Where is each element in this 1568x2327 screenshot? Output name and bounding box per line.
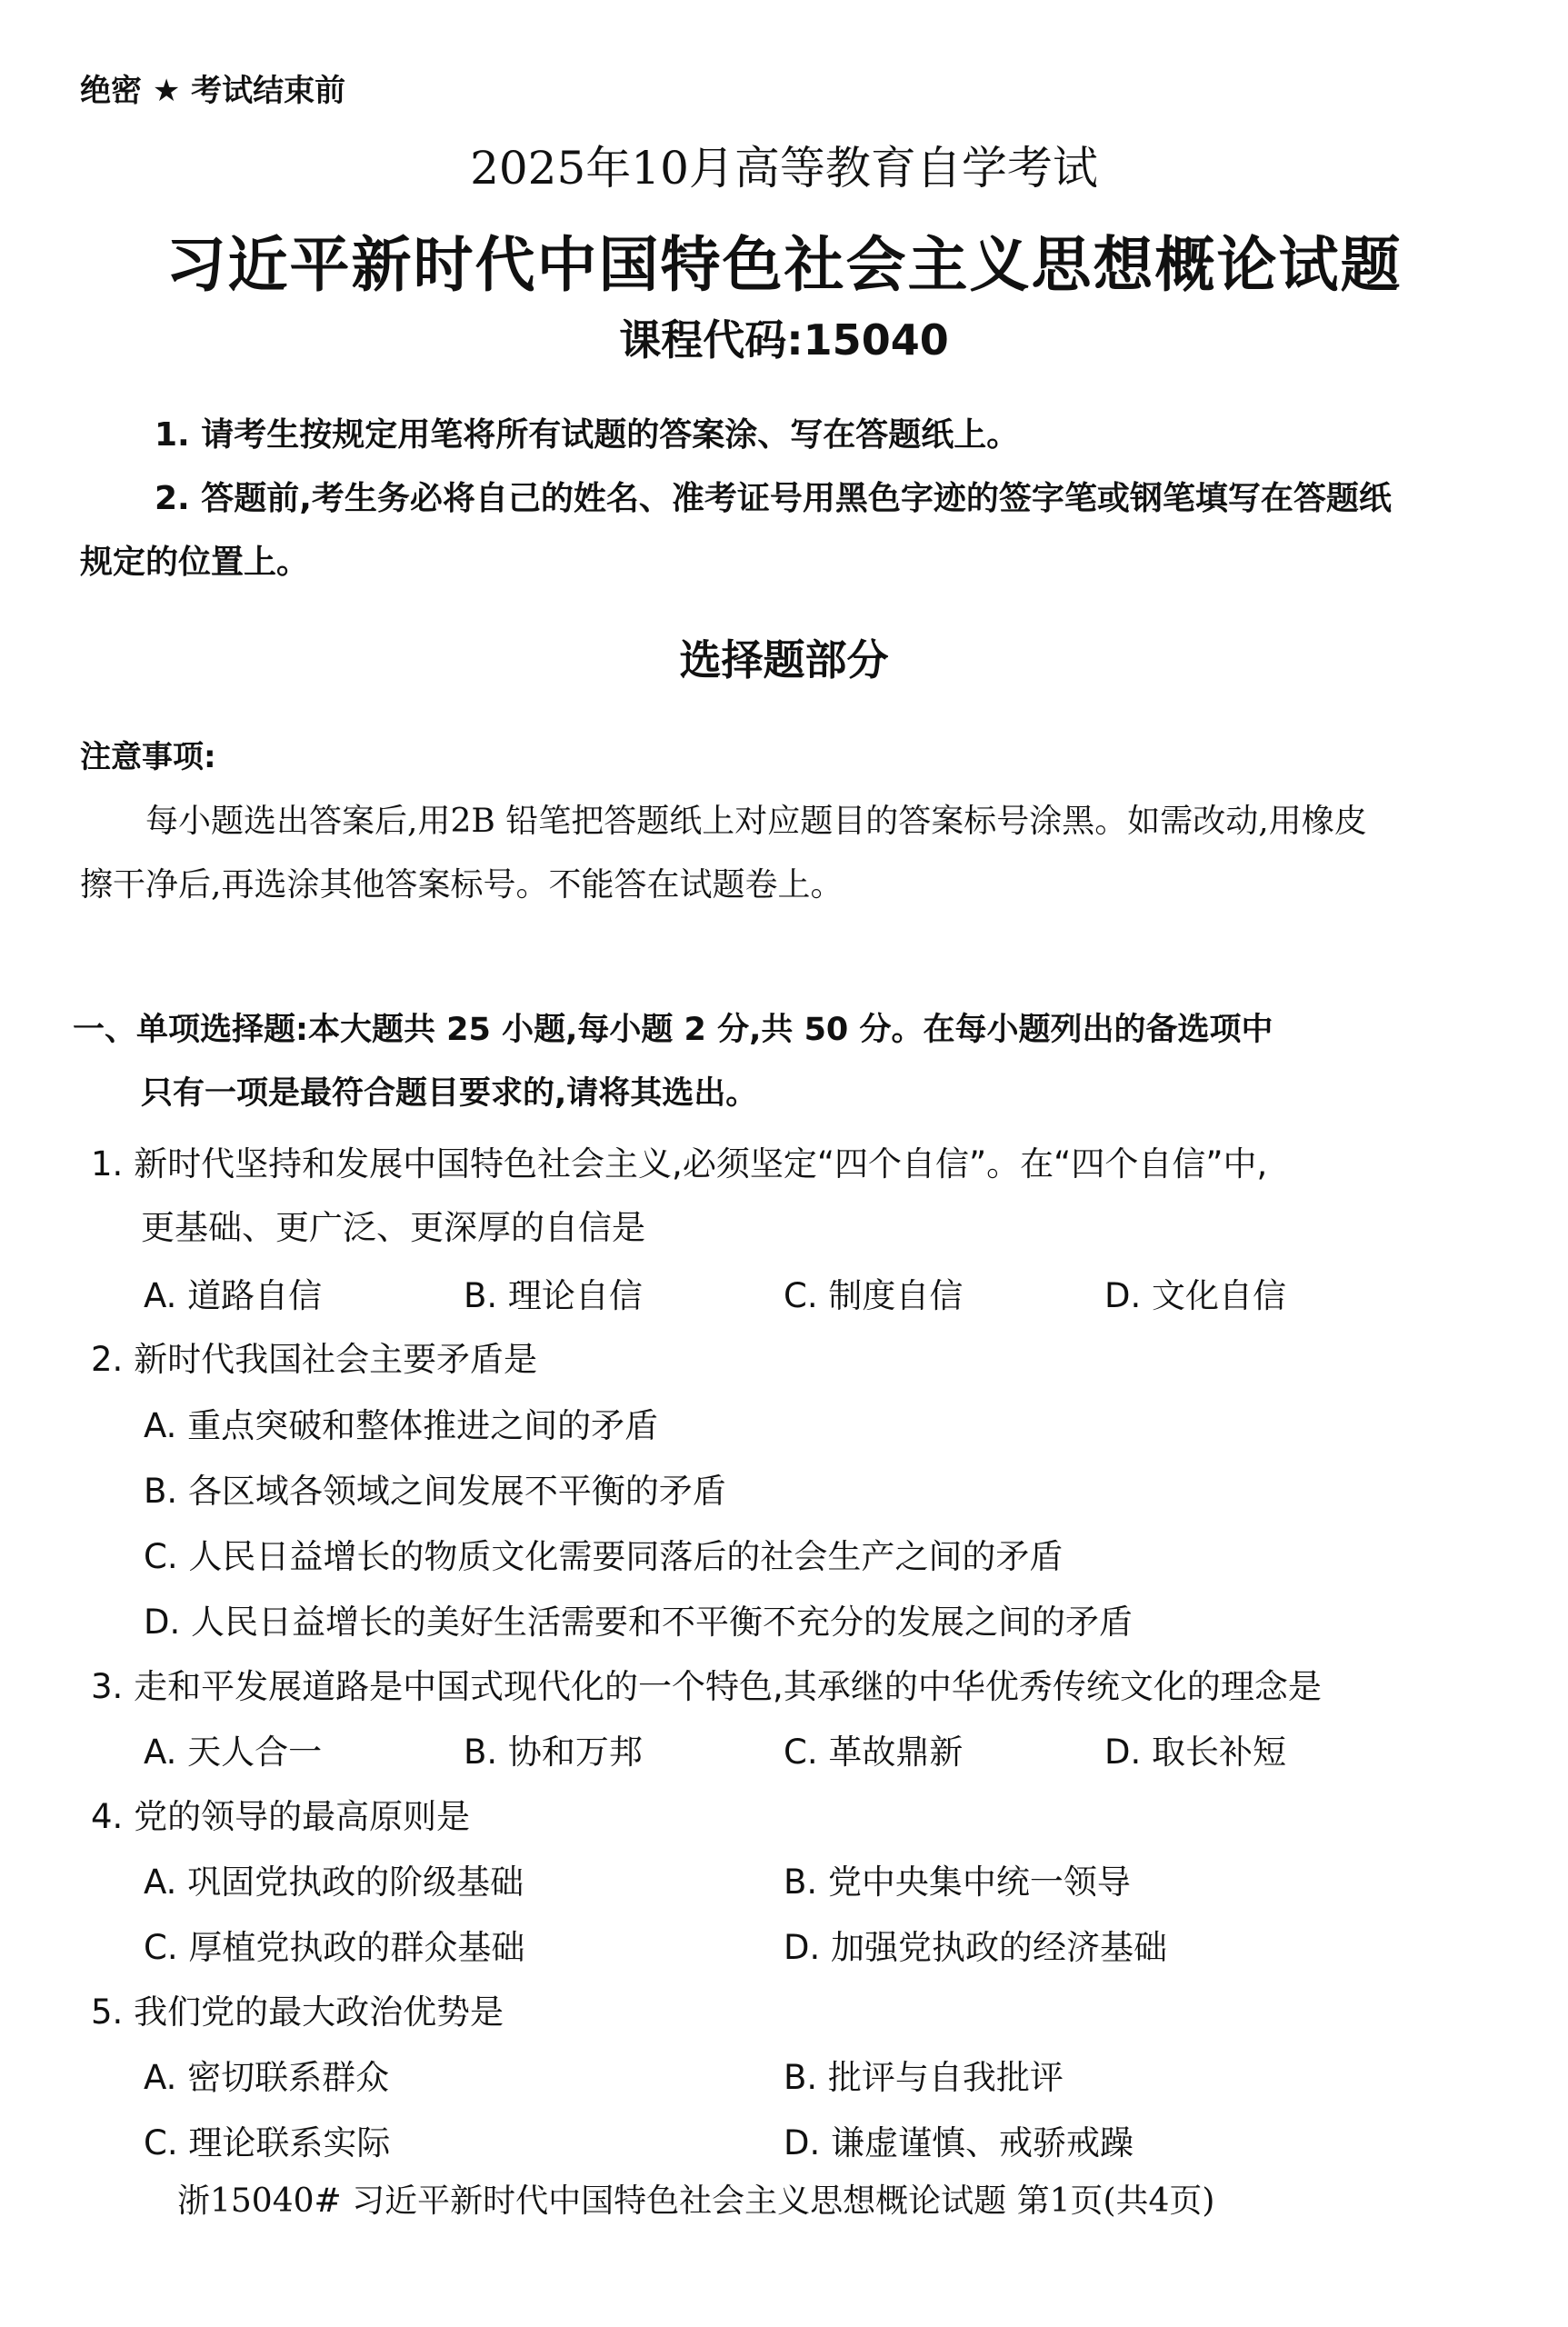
question-stem: 2. 新时代我国社会主要矛盾是 (91, 1332, 537, 1381)
option-b: B. 批评与自我批评 (784, 2050, 1064, 2099)
option-a: A. 重点突破和整体推进之间的矛盾 (144, 1398, 658, 1447)
option-b: B. 各区域各领域之间发展不平衡的矛盾 (144, 1463, 726, 1513)
question-stem: 1. 新时代坚持和发展中国特色社会主义,必须坚定“四个自信”。在“四个自信”中, (91, 1136, 1267, 1185)
question-stem: 3. 走和平发展道路是中国式现代化的一个特色,其承继的中华优秀传统文化的理念是 (91, 1659, 1322, 1708)
option-b: B. 党中央集中统一领导 (784, 1854, 1131, 1903)
instruction-2-cont: 规定的位置上。 (80, 536, 309, 583)
option-c: C. 人民日益增长的物质文化需要同落后的社会生产之间的矛盾 (144, 1529, 1063, 1578)
notes-label: 注意事项: (80, 732, 216, 776)
option-a: A. 天人合一 (144, 1724, 322, 1773)
option-b: B. 理论自信 (464, 1268, 643, 1317)
instruction-1: 1. 请考生按规定用笔将所有试题的答案涂、写在答题纸上。 (155, 409, 1019, 455)
option-d: D. 人民日益增长的美好生活需要和不平衡不充分的发展之间的矛盾 (144, 1594, 1133, 1643)
exam-title: 2025年10月高等教育自学考试 (0, 132, 1568, 197)
instruction-2: 2. 答题前,考生务必将自己的姓名、准考证号用黑色字迹的签字笔或钢笔填写在答题纸 (155, 473, 1392, 519)
course-code: 课程代码:15040 (0, 307, 1568, 367)
option-b: B. 协和万邦 (464, 1724, 643, 1773)
option-a: A. 道路自信 (144, 1268, 322, 1317)
option-d: D. 取长补短 (1104, 1724, 1286, 1773)
question-stem: 4. 党的领导的最高原则是 (91, 1789, 470, 1838)
page-footer: 浙15040# 习近平新时代中国特色社会主义思想概论试题 第1页(共4页) (177, 2175, 1214, 2222)
option-c: C. 制度自信 (784, 1268, 963, 1317)
option-d: D. 加强党执政的经济基础 (784, 1920, 1167, 1969)
option-d: D. 谦虚谨慎、戒骄戒躁 (784, 2115, 1134, 2164)
question-stem: 5. 我们党的最大政治优势是 (91, 1984, 504, 2033)
option-c: C. 厚植党执政的群众基础 (144, 1920, 524, 1969)
option-c: C. 革故鼎新 (784, 1724, 963, 1773)
confidential-label: 绝密 ★ 考试结束前 (80, 65, 345, 110)
part1-heading-line2: 只有一项是最符合题目要求的,请将其选出。 (141, 1068, 757, 1114)
part1-heading-line1: 一、单项选择题:本大题共 25 小题,每小题 2 分,共 50 分。在每小题列出… (73, 1004, 1273, 1050)
option-d: D. 文化自信 (1104, 1268, 1286, 1317)
section-title: 选择题部分 (0, 627, 1568, 687)
option-a: A. 密切联系群众 (144, 2050, 389, 2099)
notes-line-1: 每小题选出答案后,用2B 铅笔把答题纸上对应题目的答案标号涂黑。如需改动,用橡皮 (145, 795, 1367, 842)
notes-line-2: 擦干净后,再选涂其他答案标号。不能答在试题卷上。 (80, 859, 843, 905)
option-a: A. 巩固党执政的阶级基础 (144, 1854, 524, 1903)
question-stem-cont: 更基础、更广泛、更深厚的自信是 (141, 1200, 645, 1249)
option-c: C. 理论联系实际 (144, 2115, 390, 2164)
subject-title: 习近平新时代中国特色社会主义思想概论试题 (0, 216, 1568, 303)
